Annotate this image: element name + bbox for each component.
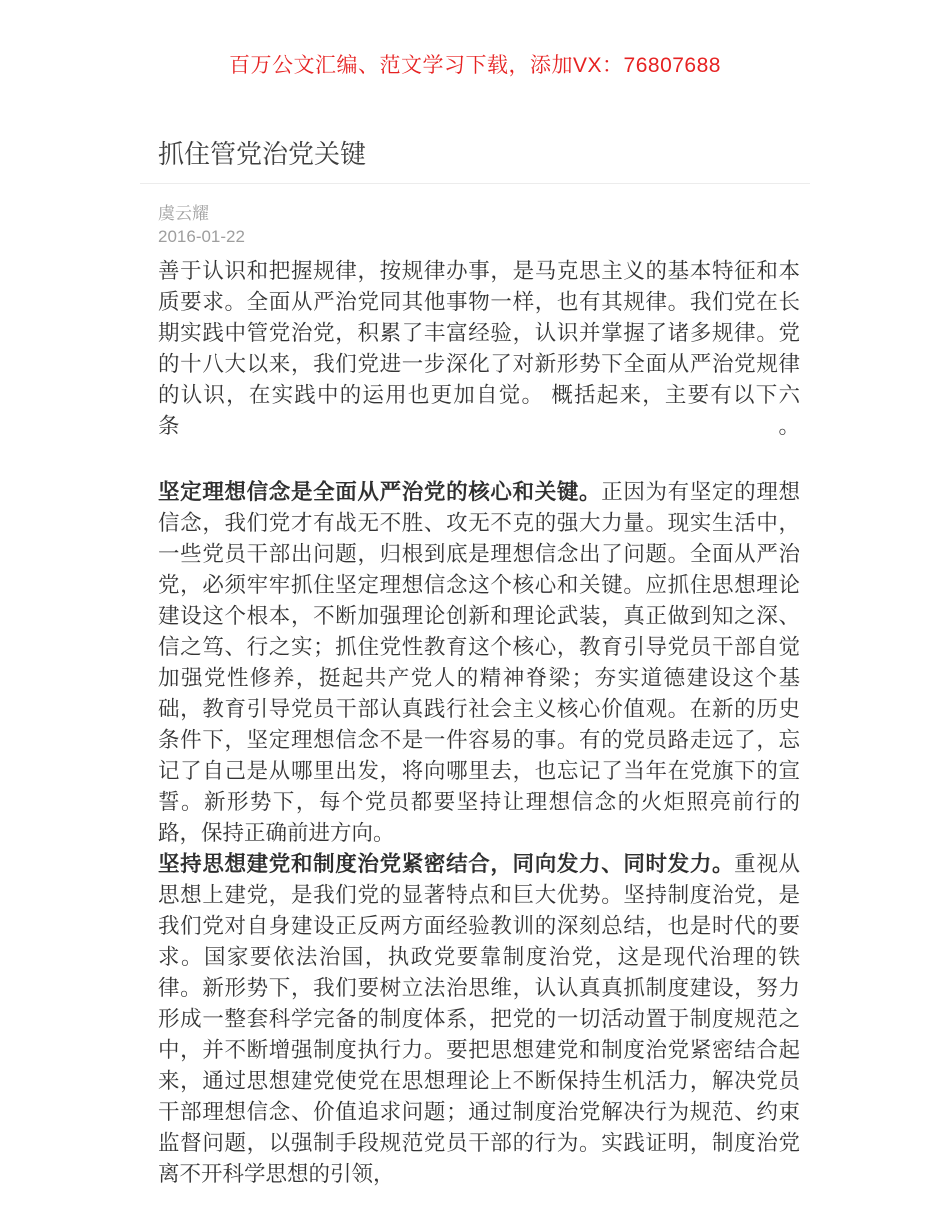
byline: 虞云耀 2016-01-22: [140, 202, 810, 248]
paragraph-institutions: 坚持思想建党和制度治党紧密结合，同向发力、同时发力。重视从思想上建党，是我们党的…: [158, 849, 800, 1190]
byline-date: 2016-01-22: [158, 225, 800, 248]
title-divider: [140, 183, 810, 184]
byline-author: 虞云耀: [158, 202, 800, 225]
paragraph-ideals: 坚定理想信念是全面从严治党的核心和关键。正因为有坚定的理想信念，我们党才有战无不…: [158, 477, 800, 849]
page-title: 抓住管党治党关键: [140, 139, 810, 169]
paragraph-text: 善于认识和把握规律，按规律办事，是马克思主义的基本特征和本质要求。全面从严治党同…: [158, 259, 800, 438]
document-page: 百万公文汇编、范文学习下载，添加VX：76807688 抓住管党治党关键 虞云耀…: [0, 0, 950, 1190]
paragraph-text: 重视从思想上建党，是我们党的显著特点和巨大优势。坚持制度治党，是我们党对自身建设…: [158, 852, 800, 1186]
paragraph-text: 正因为有坚定的理想信念，我们党才有战无不胜、攻无不克的强大力量。现实生活中，一些…: [158, 480, 800, 845]
paragraph-lead: 坚持思想建党和制度治党紧密结合，同向发力、同时发力。: [158, 852, 734, 876]
promo-banner: 百万公文汇编、范文学习下载，添加VX：76807688: [0, 0, 950, 78]
paragraph-lead: 坚定理想信念是全面从严治党的核心和关键。: [158, 480, 601, 504]
paragraph-intro: 善于认识和把握规律，按规律办事，是马克思主义的基本特征和本质要求。全面从严治党同…: [158, 256, 800, 442]
article-container: 抓住管党治党关键 虞云耀 2016-01-22 善于认识和把握规律，按规律办事，…: [140, 139, 810, 1190]
article-body: 善于认识和把握规律，按规律办事，是马克思主义的基本特征和本质要求。全面从严治党同…: [140, 256, 810, 1190]
